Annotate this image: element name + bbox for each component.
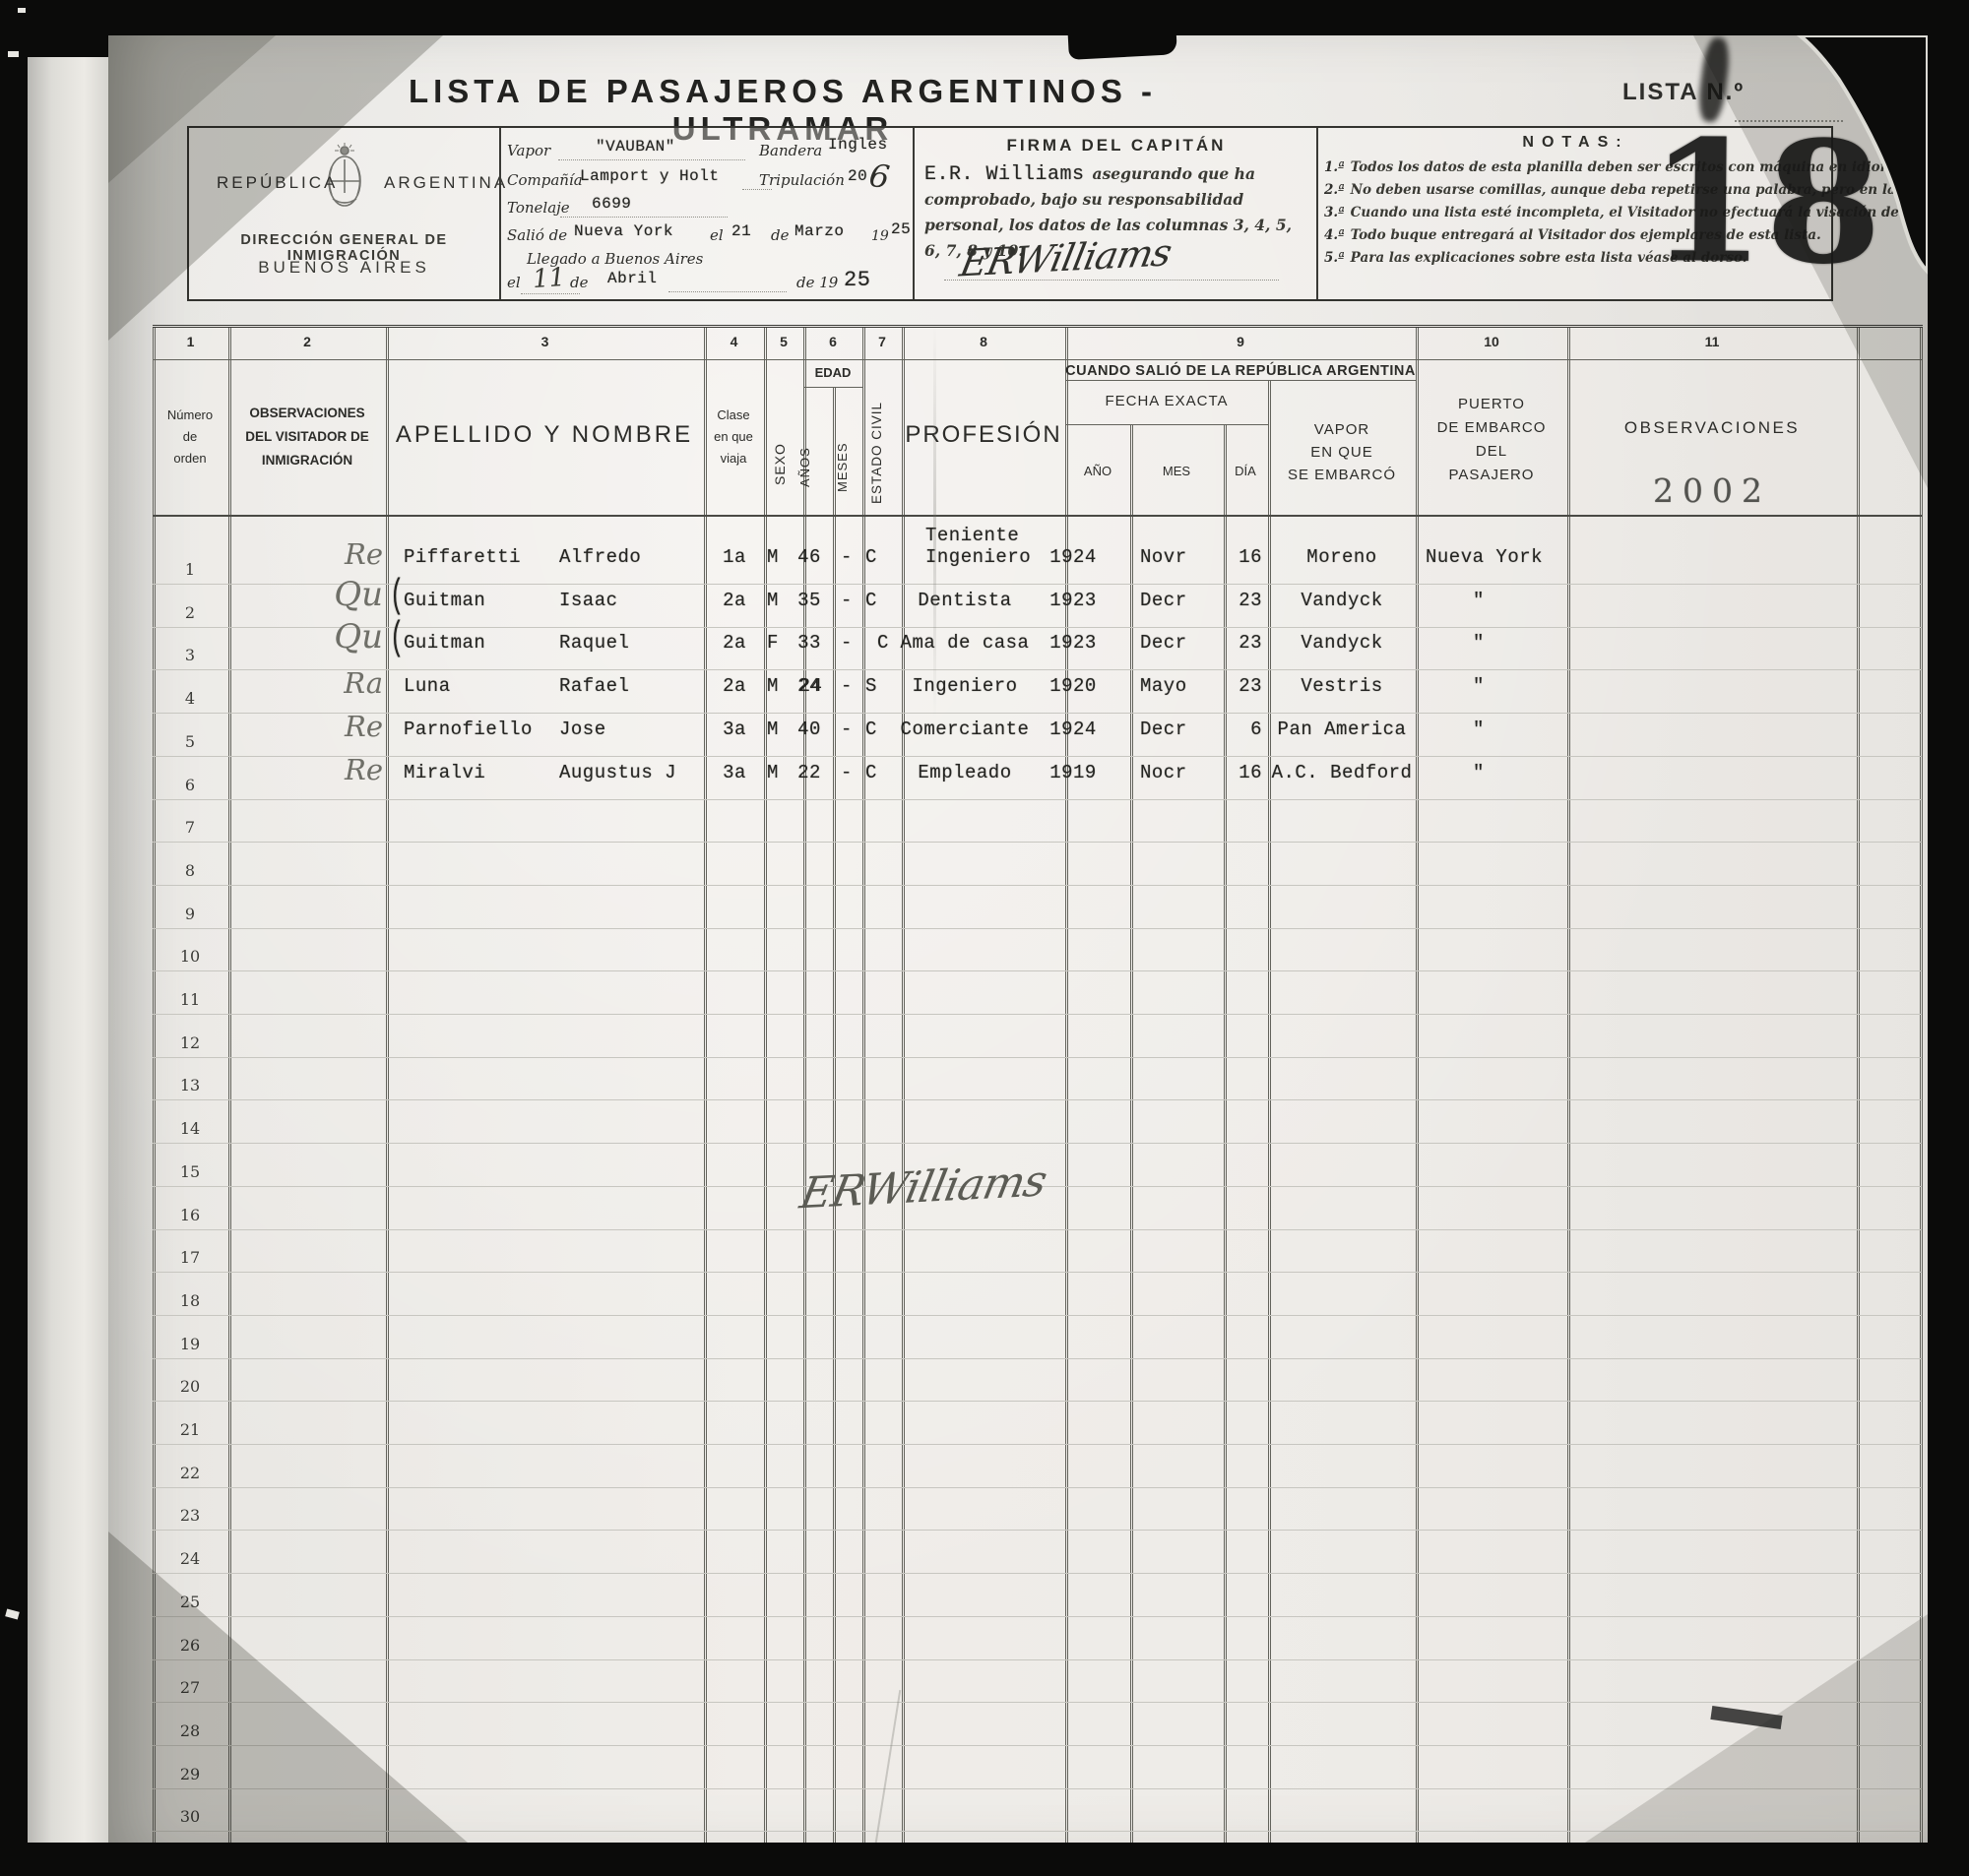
visitor-mark: Re: [288, 710, 383, 743]
header-line: [1065, 380, 1416, 381]
cell-mes: Mayo: [1140, 675, 1187, 697]
scan-speck: [5, 1608, 20, 1619]
cell-vapor: Moreno: [1306, 546, 1376, 568]
cell-sexo: M: [767, 675, 779, 697]
row-rule: [153, 1487, 1922, 1488]
cell-estado-civil: C: [865, 762, 877, 783]
row-rule: [153, 842, 1922, 843]
column-number: 6: [829, 334, 837, 349]
row-number: 23: [160, 1506, 220, 1525]
row-number: 1: [160, 560, 220, 579]
column-number: 5: [780, 334, 788, 349]
llegada-mes: Abril: [607, 270, 658, 287]
row-rule: [153, 1014, 1922, 1015]
row-rule: [153, 1272, 1922, 1273]
header-profesion: PROFESIÓN: [905, 421, 1061, 449]
header-edad-anios: AÑOS: [797, 424, 821, 511]
row-number: 11: [160, 990, 220, 1009]
note-number: 2.ª: [1324, 182, 1351, 198]
cell-surname: Parnofiello: [404, 719, 533, 740]
cell-anios: 22: [797, 762, 821, 783]
cell-profesion: Ingeniero: [912, 675, 1017, 697]
row-number: 29: [160, 1765, 220, 1783]
cell-surname: Guitman: [404, 590, 485, 611]
header-line: [803, 387, 862, 388]
header-line: [153, 515, 1922, 517]
form-header-boxes: REPÚBLICA ARGENTINA DIRECCIÓN GENERAL DE…: [187, 126, 1833, 301]
header-estado-civil: ESTADO CIVIL: [869, 395, 895, 511]
header-edad: EDAD: [815, 365, 852, 380]
row-number: 19: [160, 1335, 220, 1353]
cell-clase: 2a: [723, 632, 746, 654]
tonelaje-value: 6699: [592, 195, 631, 213]
row-rule: [153, 1444, 1922, 1445]
cell-anio: 1924: [1049, 546, 1097, 568]
row-rule: [153, 1530, 1922, 1531]
row-number: 25: [160, 1593, 220, 1611]
cell-puerto-ditto: ": [1473, 719, 1485, 740]
header-cuando-salio: CUANDO SALIÓ DE LA REPÚBLICA ARGENTINA: [1065, 363, 1416, 379]
cell-profesion-line1: Teniente: [925, 525, 1019, 546]
cell-clase: 3a: [723, 719, 746, 740]
cell-sexo: F: [767, 632, 779, 654]
row-number: 14: [160, 1119, 220, 1138]
row-rule: [153, 885, 1922, 886]
row-number: 6: [160, 776, 220, 794]
observaciones-stamp: 2002: [1653, 471, 1771, 510]
compania-label: Compañía: [507, 171, 583, 189]
cell-profesion: Ingeniero: [925, 546, 1031, 568]
header-anio: AÑO: [1084, 464, 1112, 478]
column-number: 3: [541, 334, 549, 349]
column-number: 2: [303, 334, 311, 349]
header-apellido-nombre: APELLIDO Y NOMBRE: [396, 421, 693, 449]
row-rule: [153, 1659, 1922, 1660]
cell-anio: 1919: [1049, 762, 1097, 783]
note-number: 4.ª: [1324, 227, 1351, 243]
cell-mes: Nocr: [1140, 762, 1187, 783]
scanned-document: LISTA DE PASAJEROS ARGENTINOS - ULTRAMAR…: [0, 0, 1969, 1876]
cell-clase: 1a: [723, 546, 746, 568]
cell-mes: Decr: [1140, 632, 1187, 654]
cell-estado-civil: C: [877, 632, 889, 654]
column-number: 9: [1237, 334, 1244, 349]
cell-dia: 16: [1203, 546, 1262, 568]
cell-meses: -: [841, 590, 853, 611]
cell-anio: 1923: [1049, 590, 1097, 611]
cell-clase: 2a: [723, 675, 746, 697]
row-rule: [153, 970, 1922, 971]
cell-puerto-ditto: ": [1473, 675, 1485, 697]
cell-given-name: Raquel: [559, 632, 629, 654]
cell-profesion: Ama de casa: [901, 632, 1030, 654]
organization-box: REPÚBLICA ARGENTINA DIRECCIÓN GENERAL DE…: [189, 128, 499, 299]
cell-anios: 46: [797, 546, 821, 568]
cell-vapor: A.C. Bedford: [1272, 762, 1413, 783]
row-number: 3: [160, 646, 220, 664]
row-rule: [153, 1745, 1922, 1746]
document-page: LISTA DE PASAJEROS ARGENTINOS - ULTRAMAR…: [108, 35, 1928, 1843]
row-number: 2: [160, 603, 220, 622]
cell-vapor: Vandyck: [1301, 590, 1382, 611]
cell-clase: 2a: [723, 590, 746, 611]
header-observaciones: OBSERVACIONES: [1624, 418, 1800, 438]
cell-given-name: Jose: [559, 719, 606, 740]
book-page-stack-edge: [28, 57, 110, 1843]
column-number: 1: [187, 334, 195, 349]
row-number: 12: [160, 1033, 220, 1052]
salio-el-label: el: [710, 226, 724, 244]
cell-profesion: Empleado: [918, 762, 1011, 783]
note-number: 5.ª: [1324, 250, 1351, 266]
salio-label: Salió de: [507, 226, 567, 244]
argentina-label: ARGENTINA: [384, 173, 508, 193]
row-rule: [153, 1143, 1922, 1144]
salio-puerto: Nueva York: [574, 222, 673, 240]
header-line: [1065, 424, 1268, 425]
cell-surname: Luna: [404, 675, 451, 697]
llegada-de19: de 19: [796, 274, 838, 291]
row-number: 5: [160, 732, 220, 751]
cell-dia: 23: [1203, 590, 1262, 611]
row-rule: [153, 1573, 1922, 1574]
column-number: 10: [1484, 334, 1499, 349]
cell-dia: 6: [1203, 719, 1262, 740]
salio-de-label: de: [771, 226, 789, 244]
cell-meses: -: [841, 632, 853, 654]
column-number: 7: [878, 334, 886, 349]
cell-surname: Piffaretti: [404, 546, 521, 568]
cell-surname: Miralvi: [404, 762, 485, 783]
cell-dia: 16: [1203, 762, 1262, 783]
cell-sexo: M: [767, 546, 779, 568]
row-rule: [153, 713, 1922, 714]
row-number: 26: [160, 1636, 220, 1655]
llegada-el-label: el: [507, 274, 521, 291]
cell-puerto-ditto: ": [1473, 590, 1485, 611]
visitor-mark: Re: [288, 753, 383, 786]
brace-mark: (: [390, 617, 405, 662]
row-number: 30: [160, 1807, 220, 1826]
header-numero-orden: Número de orden: [167, 405, 213, 469]
row-number: 9: [160, 905, 220, 923]
row-number: 22: [160, 1464, 220, 1482]
cell-dia: 23: [1203, 675, 1262, 697]
row-number: 27: [160, 1678, 220, 1697]
note-number: 1.ª: [1324, 159, 1351, 175]
row-rule: [153, 799, 1922, 800]
header-edad-meses: MESES: [835, 424, 858, 511]
row-number: 20: [160, 1377, 220, 1396]
cell-given-name: Isaac: [559, 590, 618, 611]
salio-anio: 25: [891, 220, 911, 238]
column-line: [1130, 424, 1133, 1843]
visitor-mark: Qu: [288, 575, 383, 614]
row-rule: [153, 1229, 1922, 1230]
row-rule: [153, 1702, 1922, 1703]
row-rule: [153, 584, 1922, 585]
salio-dia: 21: [731, 222, 751, 240]
salio-mes: Marzo: [794, 222, 845, 240]
cell-estado-civil: C: [865, 719, 877, 740]
cell-mes: Decr: [1140, 590, 1187, 611]
passenger-table: 1234567891011 Número de orden OBSERVACIO…: [153, 325, 1923, 1843]
column-number: 11: [1705, 334, 1720, 349]
cell-puerto: Nueva York: [1426, 546, 1543, 568]
header-puerto-embarco: PUERTO DE EMBARCO DEL PASAJERO: [1437, 393, 1547, 487]
cell-vapor: Pan America: [1278, 719, 1407, 740]
header-clase: Clase en que viaja: [714, 405, 753, 469]
row-rule: [153, 1057, 1922, 1058]
cell-sexo: M: [767, 590, 779, 611]
tripulacion-label: Tripulación: [759, 171, 845, 189]
captain-box-title: FIRMA DEL CAPITÁN: [915, 136, 1318, 156]
cell-meses: -: [841, 675, 853, 697]
row-rule: [153, 1401, 1922, 1402]
scan-speck: [8, 51, 19, 57]
cell-anio: 1920: [1049, 675, 1097, 697]
captain-name-typed: E.R. Williams: [924, 163, 1093, 186]
row-rule: [153, 928, 1922, 929]
visitor-mark: Qu: [288, 617, 383, 657]
cell-meses: -: [841, 762, 853, 783]
compania-value: Lamport y Holt: [580, 167, 719, 185]
cell-anios: 24: [797, 675, 821, 697]
column-line: [1268, 380, 1271, 1843]
scan-shadow-blob: [1067, 35, 1177, 60]
visitor-mark: Re: [288, 537, 383, 571]
visitor-mark: Ra: [288, 666, 383, 700]
cell-sexo: M: [767, 719, 779, 740]
note-number: 3.ª: [1324, 205, 1351, 220]
cell-given-name: Rafael: [559, 675, 629, 697]
cell-anio: 1923: [1049, 632, 1097, 654]
header-fecha-exacta: FECHA EXACTA: [1105, 393, 1228, 409]
row-number: 13: [160, 1076, 220, 1094]
cell-dia: 23: [1203, 632, 1262, 654]
row-number: 24: [160, 1549, 220, 1568]
row-rule: [153, 1358, 1922, 1359]
vapor-label: Vapor: [507, 142, 550, 159]
list-number-stamp: 18: [1648, 117, 1866, 288]
header-line: [153, 359, 1922, 360]
salio-siglo: 19: [871, 228, 889, 244]
republica-label: REPÚBLICA: [217, 173, 338, 193]
cell-given-name: Augustus J: [559, 762, 676, 783]
row-number: 28: [160, 1721, 220, 1740]
header-dia: DÍA: [1235, 464, 1256, 478]
bandera-label: Bandera: [759, 142, 822, 159]
cell-anios: 35: [797, 590, 821, 611]
cell-vapor: Vestris: [1301, 675, 1382, 697]
captain-signature: ERWilliams: [956, 231, 1175, 285]
cell-clase: 3a: [723, 762, 746, 783]
row-number: 18: [160, 1291, 220, 1310]
cell-puerto-ditto: ": [1473, 762, 1485, 783]
row-number: 10: [160, 947, 220, 966]
llegada-anio: 25: [844, 268, 870, 292]
cell-profesion: Dentista: [918, 590, 1011, 611]
row-number: 21: [160, 1420, 220, 1439]
cell-vapor: Vandyck: [1301, 632, 1382, 654]
column-number: 4: [730, 334, 738, 349]
row-number: 8: [160, 861, 220, 880]
cell-meses: -: [841, 546, 853, 568]
cell-sexo: M: [767, 762, 779, 783]
row-number: 16: [160, 1206, 220, 1224]
cell-estado-civil: C: [865, 546, 877, 568]
row-rule: [153, 669, 1922, 670]
llegada-de-label: de: [570, 274, 588, 291]
column-line: [833, 387, 836, 1843]
cell-anios: 40: [797, 719, 821, 740]
bandera-value: Ingles: [828, 136, 888, 154]
row-number: 4: [160, 689, 220, 708]
cell-anios: 33: [797, 632, 821, 654]
column-number: 8: [980, 334, 987, 349]
brace-mark: (: [390, 574, 405, 619]
scan-speck: [18, 8, 26, 13]
tripulacion-typed: 20: [848, 167, 867, 185]
header-vapor-embarco: VAPOR EN QUE SE EMBARCÓ: [1288, 418, 1396, 486]
row-number: 7: [160, 818, 220, 837]
captain-box: FIRMA DEL CAPITÁN E.R. Williamsasegurand…: [913, 128, 1318, 299]
cell-estado-civil: C: [865, 590, 877, 611]
header-sexo: SEXO: [772, 418, 797, 511]
row-rule: [153, 1831, 1922, 1832]
row-rule: [153, 627, 1922, 628]
cell-given-name: Alfredo: [559, 546, 641, 568]
header-mes: MES: [1163, 464, 1190, 478]
vapor-value: "VAUBAN": [596, 138, 675, 156]
row-number: 17: [160, 1248, 220, 1267]
cell-profesion: Comerciante: [901, 719, 1030, 740]
llegada-dia-handwritten: 11: [532, 263, 566, 294]
ship-info-box: Vapor "VAUBAN" Bandera Ingles Compañía L…: [499, 128, 915, 299]
row-rule: [153, 1099, 1922, 1100]
row-rule: [153, 1616, 1922, 1617]
cell-mes: Decr: [1140, 719, 1187, 740]
row-rule: [153, 1315, 1922, 1316]
cell-meses: -: [841, 719, 853, 740]
ciudad-label: BUENOS AIRES: [189, 258, 499, 278]
row-rule: [153, 756, 1922, 757]
tonelaje-label: Tonelaje: [507, 199, 570, 217]
tripulacion-handwritten: 6: [866, 156, 891, 196]
cell-surname: Guitman: [404, 632, 485, 654]
row-number: 15: [160, 1162, 220, 1181]
cell-mes: Novr: [1140, 546, 1187, 568]
cell-puerto-ditto: ": [1473, 632, 1485, 654]
cell-estado-civil: S: [865, 675, 877, 697]
cell-anio: 1924: [1049, 719, 1097, 740]
header-observaciones-visitador: OBSERVACIONES DEL VISITADOR DE INMIGRACI…: [245, 402, 369, 472]
row-rule: [153, 1788, 1922, 1789]
